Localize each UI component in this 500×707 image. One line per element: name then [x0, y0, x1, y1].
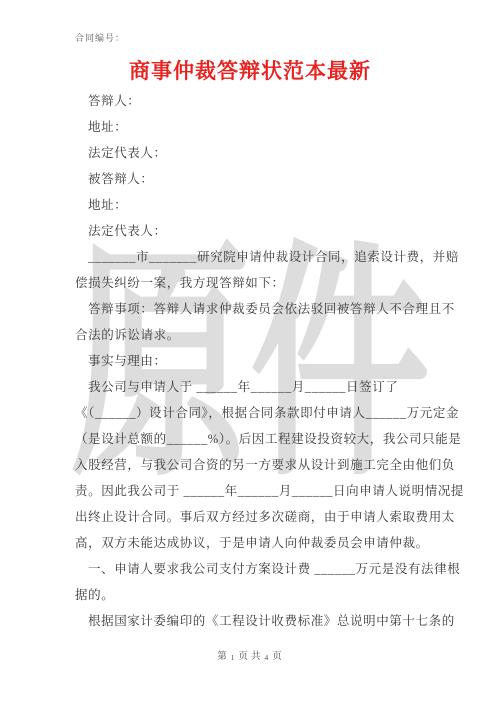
footer-label-of: 共 [251, 652, 262, 662]
body-line: 法定代表人： [75, 140, 431, 166]
body-line: 入股经营，与我公司合资的另一方要求从设计到施工完全由他们负 [75, 452, 431, 478]
body-line: 地址： [75, 114, 431, 140]
body-line: 我公司与申请人于 ______年______月______日签订了 [75, 374, 431, 400]
body-line: 一、申请人要求我公司支付方案设计费 ______万元是没有法律根 [75, 556, 431, 582]
page-footer: 第1页共4页 [0, 650, 500, 665]
body-line: 合法的诉讼请求。 [75, 322, 431, 348]
body-line: 高，双方未能达成协议，于是申请人向仲裁委员会申请仲裁。 [75, 530, 431, 556]
body-line: 偿损失纠纷一案，我方现答辩如下： [75, 270, 431, 296]
body-line: （是设计总额的______%）。后因工程建设投资较大，我公司只能是 [75, 426, 431, 452]
body-line: 地址： [75, 192, 431, 218]
body-line: 法定代表人： [75, 218, 431, 244]
footer-prefix: 第 [217, 652, 228, 662]
body-line: _______市_______研究院申请仲裁设计合同，追索设计费，并赔 [75, 244, 431, 270]
footer-label-page: 页 [238, 652, 249, 662]
footer-label-page-2: 页 [272, 652, 283, 662]
body-line: 责。因此我公司于 ______年______月______日向申请人说明情况提 [75, 478, 431, 504]
document-page: 合同编号： 商事仲裁答辩状范本最新 原件 答辩人：地址：法定代表人：被答辩人：地… [0, 0, 500, 707]
total-page-number: 4 [265, 653, 270, 662]
body-line: 据的。 [75, 582, 431, 608]
document-body: 答辩人：地址：法定代表人：被答辩人：地址：法定代表人：_______市_____… [75, 88, 431, 634]
body-line: 答辩事项：答辩人请求仲裁委员会依法驳回被答辩人不合理且不 [75, 296, 431, 322]
body-line: 《（______）设计合同》，根据合同条款即付申请人______万元定金 [75, 400, 431, 426]
body-line: 被答辩人： [75, 166, 431, 192]
current-page-number: 1 [231, 653, 236, 662]
body-line: 根据国家计委编印的《工程设计收费标准》总说明中第十七条的 [75, 608, 431, 634]
page-title: 商事仲裁答辩状范本最新 [0, 55, 500, 87]
body-line: 出终止设计合同。事后双方经过多次磋商，由于申请人索取费用太 [75, 504, 431, 530]
body-line: 事实与理由： [75, 348, 431, 374]
body-line: 答辩人： [75, 88, 431, 114]
contract-number-label: 合同编号： [75, 31, 125, 44]
